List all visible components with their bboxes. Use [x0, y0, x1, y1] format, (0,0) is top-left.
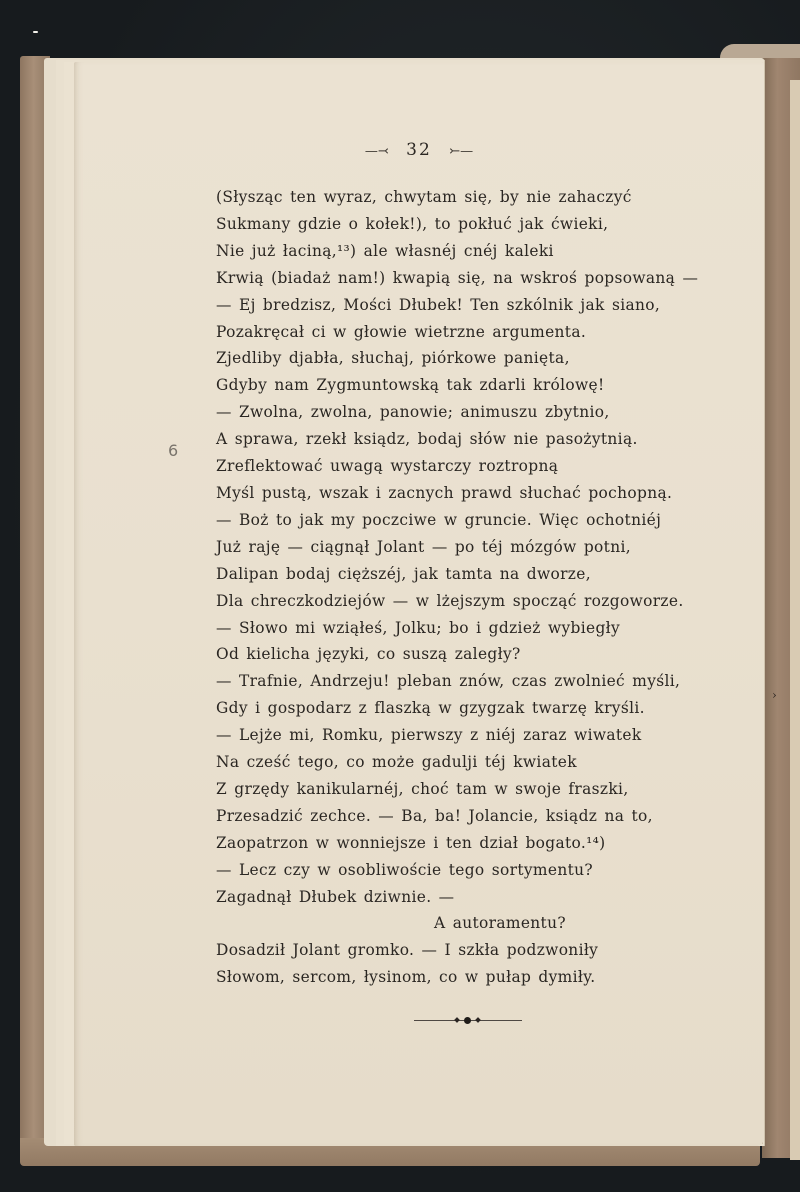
adjacent-page-edge: [790, 80, 800, 1160]
verse-line: Na cześć tego, co może gadulji téj kwiat…: [216, 749, 746, 776]
verse-line: Z grzędy kanikularnéj, choć tam w swoje …: [216, 776, 746, 803]
verse-line: Pozakręcał ci w głowie wietrzne argument…: [216, 319, 746, 346]
edge-mark: ›: [772, 688, 777, 702]
verse-line: A sprawa, rzekł ksiądz, bodaj słów nie p…: [216, 426, 746, 453]
header-ornament-left: —⤙: [365, 144, 389, 159]
book-scan: —⤙ 32 ⤚— 6 (Słysząc ten wyraz, chwytam s…: [0, 0, 800, 1192]
verse-line: Gdyby nam Zygmuntowską tak zdarli królow…: [216, 372, 746, 399]
verse-line: Gdy i gospodarz z flaszką w gzygzak twar…: [216, 695, 746, 722]
poem-text: (Słysząc ten wyraz, chwytam się, by nie …: [216, 184, 746, 991]
verse-line: — Lecz czy w osobliwoście tego sortyment…: [216, 857, 746, 884]
verse-line: Zaopatrzon w wonniejsze i ten dział boga…: [216, 830, 746, 857]
verse-line: — Lejże mi, Romku, pierwszy z niéj zaraz…: [216, 722, 746, 749]
verse-line: Zreflektować uwagą wystarczy roztropną: [216, 453, 746, 480]
ornament-dot: [464, 1017, 471, 1024]
page-header: —⤙ 32 ⤚—: [74, 140, 764, 160]
verse-line: Zagadnął Dłubek dziwnie. —: [216, 884, 746, 911]
ornament-diamond-left: [454, 1017, 460, 1023]
verse-line: — Zwolna, zwolna, panowie; animuszu zbyt…: [216, 399, 746, 426]
dust-speck: [33, 31, 38, 33]
verse-line: — Słowo mi wziąłeś, Jolku; bo i gdzież w…: [216, 615, 746, 642]
verse-line: — Trafnie, Andrzeju! pleban znów, czas z…: [216, 668, 746, 695]
verse-line: Myśl pustą, wszak i zacnych prawd słucha…: [216, 480, 746, 507]
verse-line: Dalipan bodaj cięższéj, jak tamta na dwo…: [216, 561, 746, 588]
verse-line: Przesadzić zechce. — Ba, ba! Jolancie, k…: [216, 803, 746, 830]
header-ornament-right: ⤚—: [449, 144, 473, 159]
verse-line: — Boż to jak my poczciwe w gruncie. Więc…: [216, 507, 746, 534]
verse-line: Krwią (biadaż nam!) kwapią się, na wskro…: [216, 265, 746, 292]
tailpiece-ornament: [414, 1015, 522, 1025]
book-page: —⤙ 32 ⤚— 6 (Słysząc ten wyraz, chwytam s…: [74, 62, 764, 1146]
ornament-diamond-right: [475, 1017, 481, 1023]
verse-line-indented: A autoramentu?: [216, 910, 746, 937]
verse-line: Dla chreczkodziejów — w lżejszym spocząć…: [216, 588, 746, 615]
page-number: 32: [406, 140, 432, 160]
verse-line: Od kielicha języki, co suszą zaległy?: [216, 641, 746, 668]
verse-line: Słowom, sercom, łysinom, co w pułap dymi…: [216, 964, 746, 991]
verse-line: Dosadził Jolant gromko. — I szkła podzwo…: [216, 937, 746, 964]
verse-line: Już raję — ciągnął Jolant — po téj mózgó…: [216, 534, 746, 561]
verse-line: — Ej bredzisz, Mości Dłubek! Ten szkólni…: [216, 292, 746, 319]
verse-line: Nie już łaciną,¹³) ale własnéj cnéj kale…: [216, 238, 746, 265]
margin-annotation: 6: [168, 441, 178, 460]
verse-line: (Słysząc ten wyraz, chwytam się, by nie …: [216, 184, 746, 211]
verse-line: Sukmany gdzie o kołek!), to pokłuć jak ć…: [216, 211, 746, 238]
verse-line: Zjedliby djabła, słuchaj, piórkowe panię…: [216, 345, 746, 372]
